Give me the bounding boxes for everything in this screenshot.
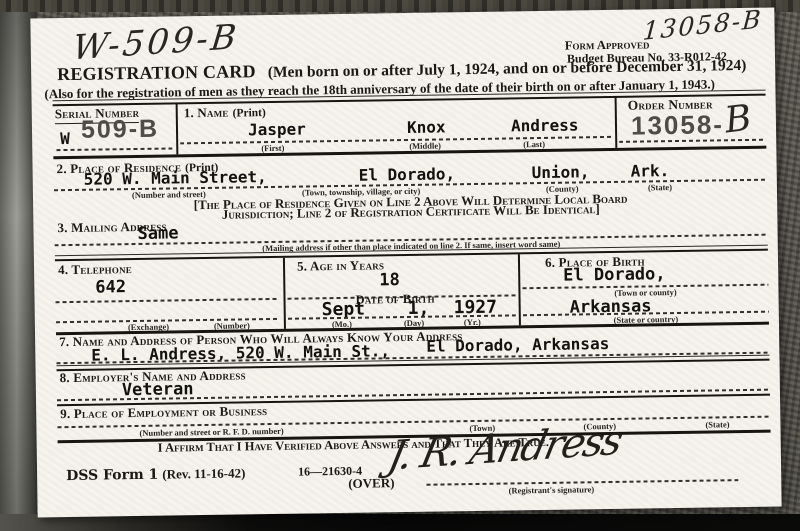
handwritten-serial-number: W-509-B — [71, 17, 241, 69]
telephone-label: 4. Telephone — [58, 261, 132, 278]
row-serial-name-order: Serial Number W 509-B 1. Name (Print) Ja… — [53, 95, 767, 160]
row-telephone-age-birth: 4. Telephone 642 (Exchange) (Number) 5. … — [55, 251, 769, 336]
residence-town-value: El Dorado, — [359, 164, 456, 184]
name-dotted-line — [180, 136, 612, 144]
dob-caption-year: (Yr.) — [464, 317, 481, 327]
form-id: DSS Form 1 — [66, 467, 158, 484]
contact-person-value-right: El Dorado, Arkansas — [426, 334, 609, 356]
mailing-address-value: Same — [137, 223, 178, 244]
birthplace-town-value: El Dorado, — [563, 264, 666, 286]
name-first-value: Jasper — [248, 119, 306, 139]
order-number-stamp: 13058- — [631, 109, 724, 141]
serial-number-stamp: 509-B — [81, 115, 160, 145]
residence-state-value: Ark. — [631, 161, 670, 181]
divider-age-birth — [518, 254, 521, 325]
divider-telephone-age — [283, 258, 286, 329]
handwritten-order-number: 13058-B — [642, 4, 764, 46]
employment-caption-street: (Number and street or R. F. D. number) — [139, 426, 283, 438]
residence-county-value: Union, — [532, 162, 590, 182]
name-caption-last: (Last) — [523, 139, 545, 149]
residence-caption-state: (State) — [648, 182, 672, 192]
scanned-document: W-509-B 13058-B Form Approved Budget Bur… — [0, 0, 800, 531]
telephone-dotted-line — [56, 298, 280, 303]
telephone-caption-number: (Number) — [214, 320, 250, 331]
order-number-handwritten-suffix: B — [723, 98, 754, 142]
name-label: 1. Name — [184, 105, 229, 121]
divider-serial-name — [176, 103, 179, 154]
employment-caption-state: (State) — [705, 419, 729, 429]
form-revision: (Rev. 11-16-42) — [162, 465, 245, 481]
name-caption-middle: (Middle) — [409, 140, 441, 150]
serial-prefix: W — [60, 129, 70, 148]
name-middle-value: Knox — [407, 117, 446, 137]
telephone-caption-exchange: (Exchange) — [128, 322, 169, 333]
scanner-edge-bottom — [0, 514, 800, 531]
name-print-hint: (Print) — [232, 107, 265, 119]
employment-label: 9. Place of Employment or Business — [60, 403, 267, 422]
serial-dotted-line — [56, 147, 172, 151]
registration-card: W-509-B 13058-B Form Approved Budget Bur… — [30, 8, 781, 518]
card-title: REGISTRATION CARD — [57, 61, 256, 84]
age-label: 5. Age in Years — [297, 257, 384, 274]
dob-caption-day: (Day) — [404, 318, 424, 328]
name-caption-first: (First) — [261, 143, 284, 153]
row-residence: 2. Place of Residence (Print) 520 W. Mai… — [53, 150, 767, 219]
telephone-value: 642 — [95, 277, 126, 297]
age-value: 18 — [379, 270, 400, 290]
dob-caption-month: (Mo.) — [332, 319, 352, 329]
name-last-value: Andress — [511, 115, 579, 135]
form-id-row: DSS Form 1 (Rev. 11-16-42) — [66, 464, 246, 485]
divider-name-order — [615, 97, 618, 148]
